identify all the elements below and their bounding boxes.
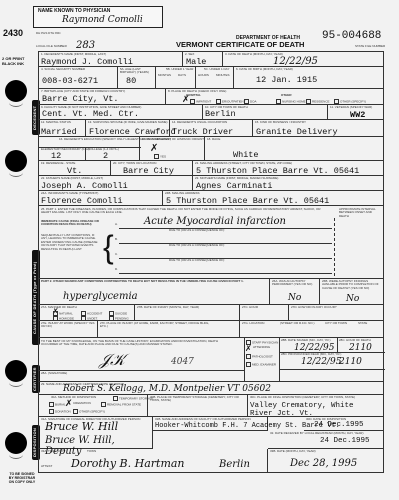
birthplace: Barre City, Vt. [42,94,119,104]
field-sex: 2. SEX Male [183,51,223,67]
punch-hole [5,80,27,102]
field-birthplace: 7. BIRTHPLACE (City and State or Foreign… [38,89,166,105]
field-occupation: 14. DECEDENT'S USUAL OCCUPATION Truck Dr… [170,120,253,137]
field-education: 16. DECEDENT'S EDUCATION (Specify only h… [38,137,140,161]
certifier-license-number: 4047 [171,357,194,367]
occupation: Truck Driver [172,127,233,137]
field-residence-state: 19. RESIDENCE - STATE Vt. [38,161,111,176]
director-signature: Bruce W. Hill [45,420,118,433]
mother-name: Agnes Carminati [196,181,273,191]
field-final-disposition: 30c. PLACE OF FINAL DISPOSITION (Cemeter… [248,395,384,417]
veteran: WW2 [350,110,365,120]
attest-town: Berlin [219,459,250,470]
cause-line-a: Acute Myocardial infarction [144,216,286,227]
field-part2: PART 2. Other significant conditions con… [38,279,270,305]
field-spouse: 13. SURVIVING SPOUSE (If wife, give maid… [86,120,170,137]
industry: Granite Delivery [256,127,338,137]
surviving-spouse: Florence Crawford [89,127,176,137]
field-date-received: 32. DATE RECEIVED BY LOCAL REGISTRAR (Mo… [268,431,384,449]
field-hispanic: 17. WAS DECEDENT OF HISPANIC ORIGIN? ✗ Y… [140,137,205,161]
certificate-title: VERMONT CERTIFICATE OF DEATH [176,40,304,49]
decedent-name: Raymond J. Comolli [41,57,133,67]
field-injury-location: 27g. LOCATION (Street or R.F.D. No.) Cit… [240,321,384,338]
attest-date: Dec 28, 1995 [290,458,357,469]
field-under-1-day: 5c. UNDER 1 DAY Hours Minutes [196,67,234,89]
field-father: 22. FATHER'S NAME (First, Middle, Last) … [38,176,193,191]
ssn: 008-03-6271 [42,76,98,86]
field-informant: 24a. INFORMANT'S NAME (Type/Print) Flore… [38,191,163,206]
date-of-death: 12/22/95 [273,56,318,67]
field-mother: 23. MOTHER'S NAME (First, Middle, Maiden… [193,176,384,191]
punch-hole [5,150,27,172]
field-autopsy: 26a. WAS AN AUTOPSY PERFORMED? (Yes or N… [270,279,320,305]
autopsy-findings: No [346,294,359,304]
hispanic-no-checkmark: ✗ [150,143,158,154]
field-age: 5a. AGE (Last Birthday) (Years) 80 [118,67,156,89]
residence-state: Vt. [67,166,82,176]
education-college: 2 [103,151,108,161]
field-true-copy: 33a. TRUE COPY Town ATTEST Dorothy B. Ha… [38,449,268,473]
date-received: 24 Dec.1995 [320,437,370,445]
interval-divider [334,218,335,276]
local-file-number: 283 [76,40,95,51]
field-under-1-year: 5b. UNDER 1 YEAR Months Days [156,67,196,89]
certifier-signature: 𝒥𝒦 [99,350,125,370]
field-certifier-name-address: 29. NAME AND ADDRESS OF CERTIFIER (Type … [38,382,384,395]
registrar-note: TO BE SIGNED BY REGISTRAR ON COPY ONLY [8,472,36,484]
facility-name: Cent. Vt. Med. Ctr. [42,109,139,119]
field-ssn: 4. SOCIAL SECURITY NUMBER 008-03-6271 [38,67,118,89]
physician-box-label: NAME KNOWN TO PHYSICIAN [38,8,110,14]
marital-status: Married [41,127,77,137]
final-disposition-place: Valley Crematory, White River Jct. Vt. [250,402,355,418]
pronounced-date: 12/22/95 [301,357,341,367]
field-veteran: 11. VETERAN (Specify war) WW2 [328,105,384,120]
section-certifier: TO THE BEST OF MY KNOWLEDGE, ON THE BASI… [38,338,384,382]
field-attest-date: 33b. DATE (Month, Day, Year) Dec 28, 199… [268,449,384,473]
cremation-checkmark: ✗ [65,398,73,409]
field-injury-hour: 27c. HOUR [240,305,289,321]
informant-address: 5 Thurston Place Barre Vt. 05641 [166,196,329,206]
physician-name-box: NAME KNOWN TO PHYSICIAN Raymond Comolli [33,6,163,28]
informant-name: Florence Comolli [41,196,123,206]
field-name: 1. DECEDENT'S NAME (First, Middle, Last)… [38,51,183,67]
other-conditions: hyperglycemia [63,291,138,302]
mailing-address: 5 Thurston Place Barre Vt. 05641 [196,166,359,176]
section-cause-part1: 25. PART 1. Enter the diseases, injuries… [38,206,384,279]
punch-hole [5,360,27,382]
city-of-death: Berlin [205,109,236,119]
field-informant-address: 24b. MAILING ADDRESS 5 Thurston Place Ba… [163,191,384,206]
attending-checkmark: ✗ [245,344,252,353]
field-manner: 27a. MANNER OF DEATH ✗ Natural Accident … [38,305,135,321]
father-name: Joseph A. Comolli [41,181,128,191]
certificate-form: 1. DECEDENT'S NAME (First, Middle, Last)… [38,51,384,493]
autopsy-performed: No [288,293,301,303]
education-elementary: 12 [51,151,61,161]
attest-signature: Dorothy B. Hartman [71,457,185,470]
field-facility: 9. FACILITY NAME (If not institution, gi… [38,105,203,120]
field-race: 18. RACE White [205,137,384,161]
field-injury-how: 27d. HOW DID INJURY OCCUR? [289,305,384,321]
field-temp-storage: 30b. PLACE OF TEMPORARY STORAGE (Cemeter… [148,395,248,417]
field-industry: 15. KIND OF BUSINESS / INDUSTRY Granite … [253,120,384,137]
field-marital: 12. MARITAL STATUS Married [38,120,86,137]
local-file-label: LOCAL FILE NUMBER [36,45,67,49]
field-injury-place: 27f. PLACE OF INJURY (At home, Farm, Fac… [98,321,240,338]
form-number-left: 2430 [3,28,23,38]
state-file-label: STATE FILE NUMBER [355,45,385,49]
field-autopsy-findings: 26b. WERE AUTOPSY FINDINGS AVAILABLE PRI… [320,279,384,305]
field-disposition-method: 30a. METHOD OF DISPOSITION Temporary Sto… [38,395,148,417]
disposition-date: 24 Dec.1995 [314,421,364,429]
place-of-death-checkmark: ✗ [182,94,190,105]
date-of-birth: 12 Jan. 1915 [256,75,317,85]
race: White [233,150,259,160]
field-city-of-death: 10. CITY OR TOWN OF DEATH Berlin [203,105,328,120]
physician-box-value: Raymond Comolli [62,15,143,25]
field-place-of-death: 8. PLACE OF DEATH (Check only one) HOSPI… [166,89,384,105]
field-date-of-death: 3. DATE OF DEATH (Month, Day, Year) 12/2… [223,51,384,67]
punch-hole [5,432,27,454]
decedent-sex: Male [186,57,206,67]
pronounced-hour: 2110 [339,357,362,367]
form-code: DH PHS DTH 80C [36,32,61,36]
field-director-signature: 31a. SIGNATURE OF FUNERAL DIRECTOR OR AU… [38,417,153,449]
residence-city: Barre City [123,166,174,176]
state-file-number: 95-004688 [322,30,381,42]
field-disposition-date: 30d. DATE OF DISPOSITION 24 Dec.1995 [304,417,384,431]
age: 80 [126,76,136,86]
field-residence-city: 20. CITY, TOWN OR LOCATION Barre City [111,161,193,176]
ink-note: 2 OR PRINT BLACK INK [2,56,32,66]
cause-bracket: { [103,231,114,263]
field-mailing-address: 21. MAILING ADDRESS (Street, City or Tow… [193,161,384,176]
field-injury-at-work: 27e. INJURY AT WORK (Specify Yes or No) [38,321,98,338]
field-date-of-birth: 6. DATE OF BIRTH (Month, Day, Year) 12 J… [234,67,384,89]
certifier-name-address: Robert S. Kellogg, M.D. Montpelier VT 05… [63,384,271,394]
field-injury-date: 27b. DATE OF INJURY (Month, Day, Year) [135,305,240,321]
